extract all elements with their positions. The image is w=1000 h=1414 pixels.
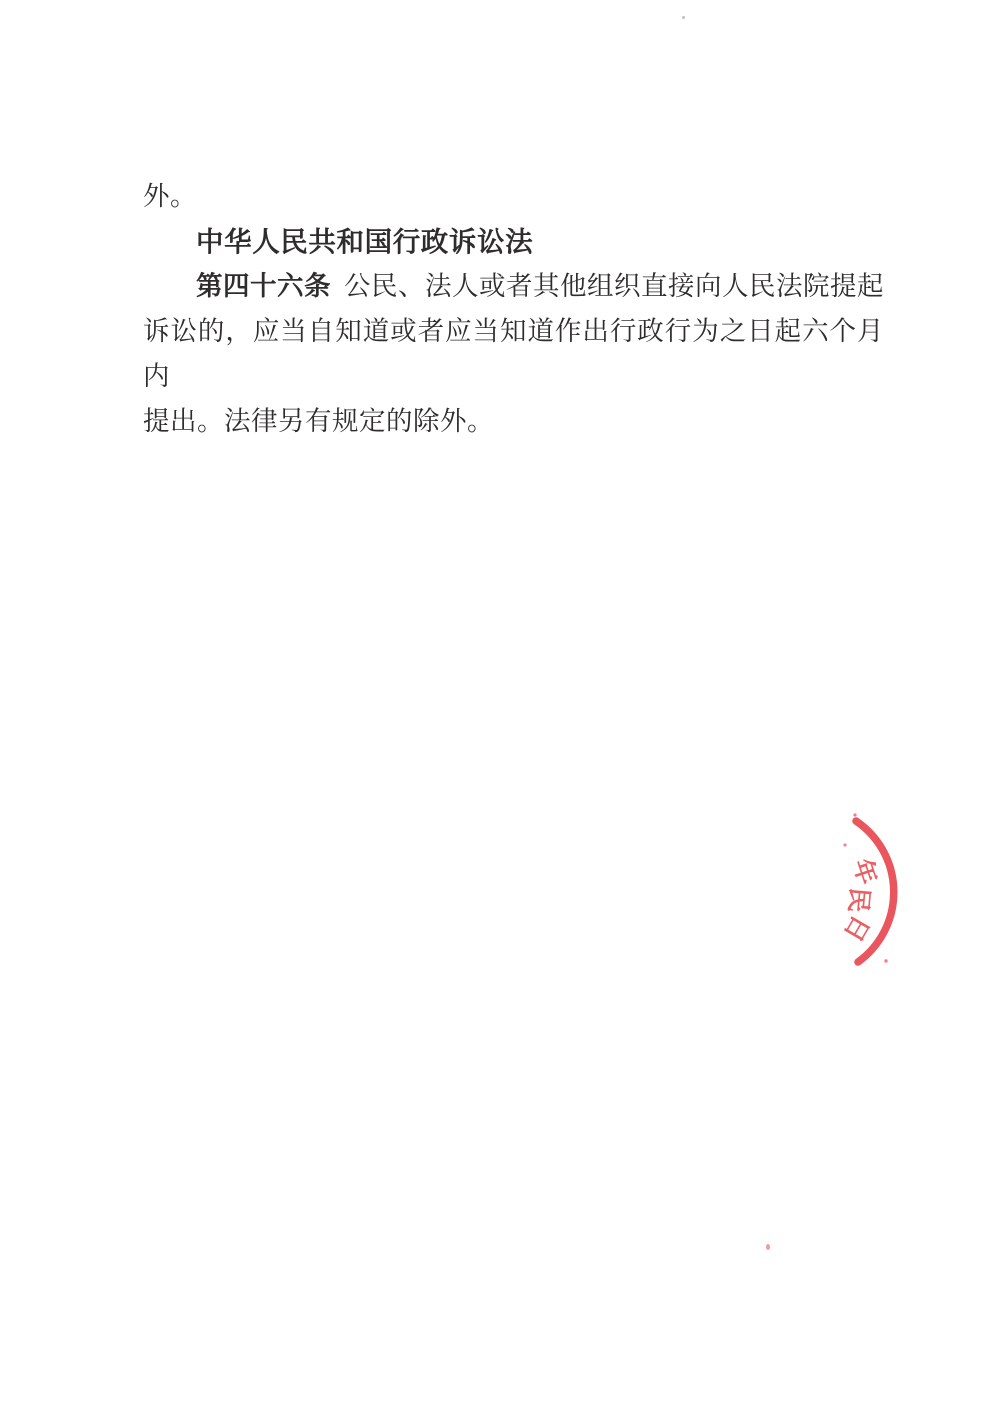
seal-character-middle: 民 <box>843 886 873 913</box>
article-line-3: 提出。法律另有规定的除外。 <box>143 399 884 444</box>
seal-character-top: 年 <box>847 855 882 888</box>
ink-speck <box>766 1244 770 1250</box>
seal-ink-speck <box>853 813 856 816</box>
paragraph-overflow-line: 外。 <box>143 174 884 219</box>
article-number-label: 第四十六条 <box>196 271 331 301</box>
red-seal-stamp: 年 民 日 <box>750 780 980 1040</box>
article-text-line-1: 公民、法人或者其他组织直接向人民法院提起 <box>344 271 884 301</box>
seal-character-bottom: 日 <box>838 910 874 945</box>
body-text-block: 外。 中华人民共和国行政诉讼法 第四十六条公民、法人或者其他组织直接向人民法院提… <box>143 174 884 444</box>
scanned-document-page: 外。 中华人民共和国行政诉讼法 第四十六条公民、法人或者其他组织直接向人民法院提… <box>0 0 1000 1414</box>
article-line-1: 第四十六条公民、法人或者其他组织直接向人民法院提起 <box>143 264 884 309</box>
scan-noise-dot <box>682 16 685 19</box>
seal-ink-speck <box>843 843 846 846</box>
law-title: 中华人民共和国行政诉讼法 <box>143 219 884 264</box>
seal-ink-speck <box>884 959 887 962</box>
article-line-2: 诉讼的，应当自知道或者应当知道作出行政行为之日起六个月内 <box>143 309 884 399</box>
